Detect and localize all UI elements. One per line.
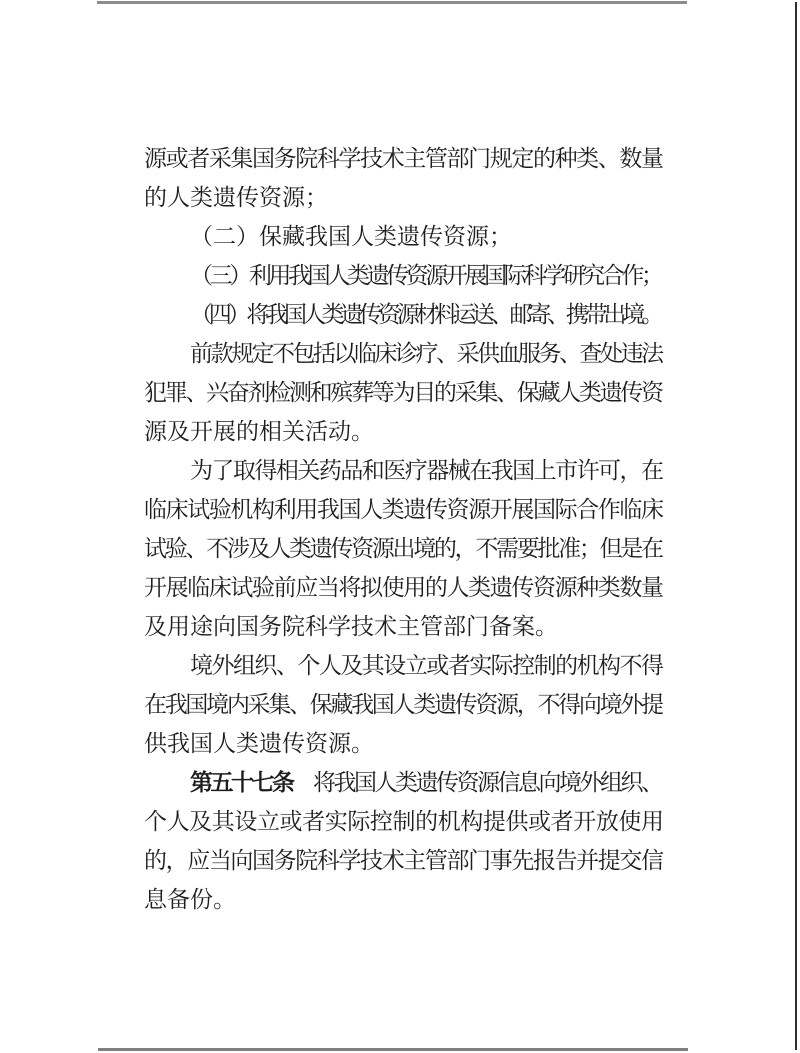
line-bold-text: 第五十七条 [190,769,293,795]
text-line: 的人类遗传资源； [144,178,664,217]
line-text: 开展临床试验前应当将拟使用的人类遗传资源种类数量 [144,574,663,600]
line-text: 在我国境内采集、保藏我国人类遗传资源，不得向境外提 [144,691,662,717]
text-line: 源或者采集国务院科学技术主管部门规定的种类、数量 [144,139,664,178]
line-text: 源及开展的相关活动。 [144,418,374,444]
line-text: 及用途向国务院科学技术主管部门备案。 [144,613,558,639]
text-line: （四）将我国人类遗传资源材料运送、邮寄、携带出境。 [144,295,664,334]
text-line: 个人及其设立或者实际控制的机构提供或者开放使用 [144,802,664,841]
text-line: （三）利用我国人类遗传资源开展国际科学研究合作； [144,256,664,295]
text-line: 为了取得相关药品和医疗器械在我国上市许可，在 [144,451,664,490]
line-text: 的人类遗传资源； [144,184,328,210]
line-text: 个人及其设立或者实际控制的机构提供或者开放使用 [144,808,664,834]
line-text: 境外组织、个人及其设立或者实际控制的机构不得 [190,652,662,678]
page-edge-top-line [97,1,687,4]
text-line: 及用途向国务院科学技术主管部门备案。 [144,607,664,646]
text-line: 试验、不涉及人类遗传资源出境的，不需要批准；但是在 [144,529,664,568]
line-text: 为了取得相关药品和医疗器械在我国上市许可，在 [190,457,662,483]
document-text: 源或者采集国务院科学技术主管部门规定的种类、数量的人类遗传资源；（二）保藏我国人… [144,139,664,919]
line-text: 息备份。 [144,886,236,912]
text-line: 供我国人类遗传资源。 [144,724,664,763]
line-text: 将我国人类遗传资源信息向境外组织、 [293,769,662,795]
text-line: 第五十七条 将我国人类遗传资源信息向境外组织、 [144,763,664,802]
line-text: （二）保藏我国人类遗传资源； [190,223,512,249]
text-line: 境外组织、个人及其设立或者实际控制的机构不得 [144,646,664,685]
line-text: 的，应当向国务院科学技术主管部门事先报告并提交信 [144,847,663,873]
text-line: （二）保藏我国人类遗传资源； [144,217,664,256]
line-text: 供我国人类遗传资源。 [144,730,374,756]
text-line: 息备份。 [144,880,664,919]
text-line: 犯罪、兴奋剂检测和殡葬等为目的采集、保藏人类遗传资 [144,373,664,412]
text-line: 源及开展的相关活动。 [144,412,664,451]
page-edge-bottom-line [98,1048,688,1051]
line-text: 前款规定不包括以临床诊疗、采供血服务、查处违法 [190,340,662,366]
line-text: 源或者采集国务院科学技术主管部门规定的种类、数量 [144,145,663,171]
text-line: 前款规定不包括以临床诊疗、采供血服务、查处违法 [144,334,664,373]
line-text: （三）利用我国人类遗传资源开展国际科学研究合作； [190,262,661,288]
page: 源或者采集国务院科学技术主管部门规定的种类、数量的人类遗传资源；（二）保藏我国人… [0,0,800,1053]
text-line: 临床试验机构利用我国人类遗传资源开展国际合作临床 [144,490,664,529]
text-line: 的，应当向国务院科学技术主管部门事先报告并提交信 [144,841,664,880]
text-line: 在我国境内采集、保藏我国人类遗传资源，不得向境外提 [144,685,664,724]
page-edge-right-line [795,2,797,1050]
text-line: 开展临床试验前应当将拟使用的人类遗传资源种类数量 [144,568,664,607]
line-text: 犯罪、兴奋剂检测和殡葬等为目的采集、保藏人类遗传资 [144,379,662,405]
line-text: 试验、不涉及人类遗传资源出境的，不需要批准；但是在 [144,535,662,561]
line-text: 临床试验机构利用我国人类遗传资源开展国际合作临床 [144,496,663,522]
line-text: （四）将我国人类遗传资源材料运送、邮寄、携带出境。 [190,301,660,327]
